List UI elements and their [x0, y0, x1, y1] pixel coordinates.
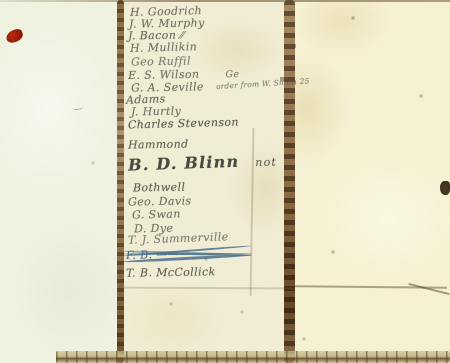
name-text: H. Mullikin: [130, 40, 197, 55]
name-text: Hammond: [128, 137, 189, 151]
name-text: Geo Ruffil: [131, 54, 191, 68]
scanned-document: H. GoodrichJ. W. MurphyJ. Bacon⁄⁄H. Mull…: [0, 0, 450, 363]
handwritten-name: T. B. McCollick: [126, 265, 216, 280]
handwritten-name: G. Swan: [132, 207, 181, 221]
handwritten-name: Bothwell: [133, 181, 186, 195]
handwritten-name: T. J. Summerville: [128, 230, 229, 247]
name-text: B. D. Blinn: [128, 152, 240, 175]
margin-note: Ge: [225, 69, 239, 80]
handwritten-name: Geo. Davis: [128, 194, 192, 208]
handwritten-name: B. D. Blinnnot: [128, 150, 278, 174]
handwritten-name-list: H. GoodrichJ. W. MurphyJ. Bacon⁄⁄H. Mull…: [0, 0, 450, 363]
handwritten-name: H. Mullikin: [130, 40, 197, 55]
name-text: Bothwell: [133, 181, 186, 195]
name-text: G. Swan: [132, 207, 181, 221]
margin-note: not: [255, 155, 277, 169]
name-text: Geo. Davis: [128, 194, 192, 208]
crossed-out-name: F. B. ———: [126, 245, 244, 262]
name-text: T. B. McCollick: [126, 265, 216, 280]
name-text: T. J. Summerville: [128, 230, 229, 247]
handwritten-name: Geo Ruffil: [131, 54, 191, 68]
name-text: Charles Stevenson: [128, 116, 239, 132]
handwritten-name: Hammond: [128, 137, 189, 151]
handwritten-name: Charles Stevenson: [128, 116, 239, 132]
